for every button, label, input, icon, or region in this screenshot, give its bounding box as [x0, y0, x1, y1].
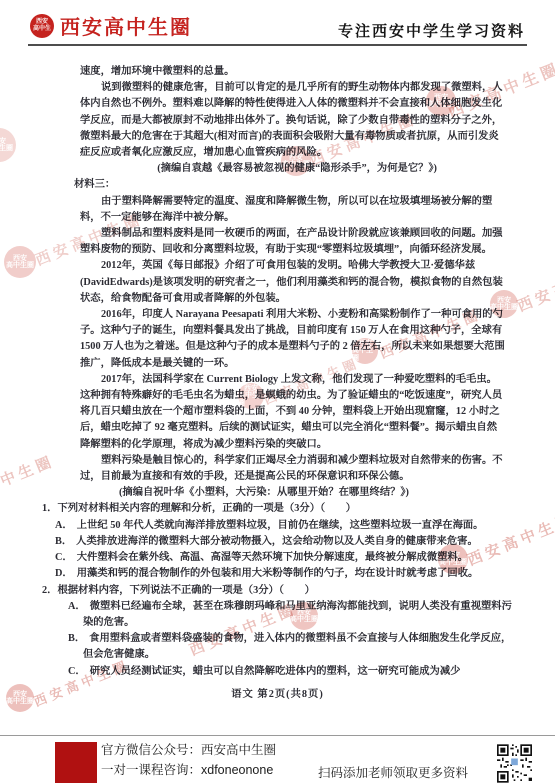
option-label: B．: [68, 633, 89, 644]
question-2-option-c: C．研究人员经测试证实，蜡虫可以自然降解吃进体内的塑料，这一研究可能成为减少: [68, 664, 513, 680]
material3-paragraph: 塑料污染是触目惊心的，科学家们正竭尽全力消弱和减少塑料垃圾对自然带来的伤害。不过…: [80, 453, 506, 485]
header-divider: [28, 44, 527, 46]
brand-logo-text: 西安高中生圈: [60, 11, 192, 40]
option-label: A．: [55, 520, 77, 531]
option-text: 大件塑料会在紫外线、高温、高湿等天然环境下加快分解速度，最终被分解成微塑料。: [77, 552, 468, 563]
question-2-stem: 2．根据材料内容，下列说法不正确的一项是（3分）（ ）: [42, 583, 515, 599]
watermark-badge-icon: 西安高中生圈: [6, 684, 34, 712]
option-text: 人类排放进海洋的微塑料大部分被动物摄入，这会给动物以及人类自身的健康带来危害。: [76, 536, 478, 547]
material3-paragraph: 由于塑料降解需要特定的温度、湿度和降解微生物，所以可以在垃圾填埋场被分解的塑料，…: [80, 194, 506, 226]
watermark-badge-icon: 西安高中生圈: [490, 290, 518, 318]
option-text: 用藻类和钙的混合物制作的外包装和用大米粉等制作的勺子，均在设计时就考虑了回收。: [77, 568, 479, 579]
course-consult-line: 一对一课程咨询：xdfoneonone: [101, 760, 276, 780]
citation-zhuyehua: (摘编自祝叶华《小塑料，大污染：从哪里开始？在哪里终结？》): [0, 485, 555, 501]
scan-tip-text: 扫码添加老师领取更多资料: [318, 763, 468, 781]
option-label: D．: [55, 568, 77, 579]
option-label: C．: [55, 552, 77, 563]
question-2-option-b: B．食用塑料盒或者塑料袋盛装的食物，进入体内的微塑料虽不会直接与人体细胞发生化学…: [68, 631, 513, 663]
header-tagline: 专注西安中学生学习资料: [338, 20, 525, 41]
material3-paragraph: 塑料制品和塑料废料是同一枚硬币的两面，在产品设计阶段就应该兼顾回收的问题。加强塑…: [80, 226, 506, 258]
footer-logo-square: [55, 742, 97, 783]
paragraph-intro-tail: 速度，增加环境中微塑料的总量。: [80, 64, 506, 80]
footer-contact-block: 官方微信公众号：西安高中生圈 一对一课程咨询：xdfoneonone: [101, 740, 276, 780]
citation-yuanyue: (摘编自袁越《最容易被忽视的健康“隐形杀手”，为何是它？》): [0, 161, 555, 177]
header-logo: 西安 高中生 西安高中生圈: [30, 11, 192, 40]
watermark-badge-icon: 西安高中生圈: [238, 383, 264, 409]
brand-badge-icon: 西安 高中生: [30, 14, 54, 38]
option-text: 上世纪 50 年代人类就向海洋排放塑料垃圾，目前仍在继续，这些塑料垃圾一直浮在海…: [77, 520, 484, 531]
brand-badge-bottom: 高中生: [33, 26, 51, 33]
material3-label: 材料三：: [74, 177, 555, 193]
footer-divider: [0, 735, 555, 736]
material3-paragraph: 2012年，英国《每日邮报》介绍了可食用包装的发明。哈佛大学教授大卫·爱德华兹(…: [80, 258, 506, 307]
question-1-option-a: A．上世纪 50 年代人类就向海洋排放塑料垃圾，目前仍在继续，这些塑料垃圾一直浮…: [55, 518, 527, 534]
qr-code-icon: [497, 744, 532, 783]
option-label: B．: [55, 536, 76, 547]
option-text: 食用塑料盒或者塑料袋盛装的食物，进入体内的微塑料虽不会直接与人体细胞发生化学反应…: [83, 633, 511, 660]
wechat-account-line: 官方微信公众号：西安高中生圈: [101, 740, 276, 760]
question-1-stem: 1．下列对材料相关内容的理解和分析，正确的一项是（3分）（ ）: [42, 501, 515, 517]
watermark-badge-icon: 西安高中生圈: [438, 544, 468, 574]
option-text: 研究人员经测试证实，蜡虫可以自然降解吃进体内的塑料，这一研究可能成为减少: [90, 666, 461, 677]
option-label: A．: [68, 601, 90, 612]
page: { "colors":{"accent_red":"#c5231f","foot…: [0, 0, 555, 783]
